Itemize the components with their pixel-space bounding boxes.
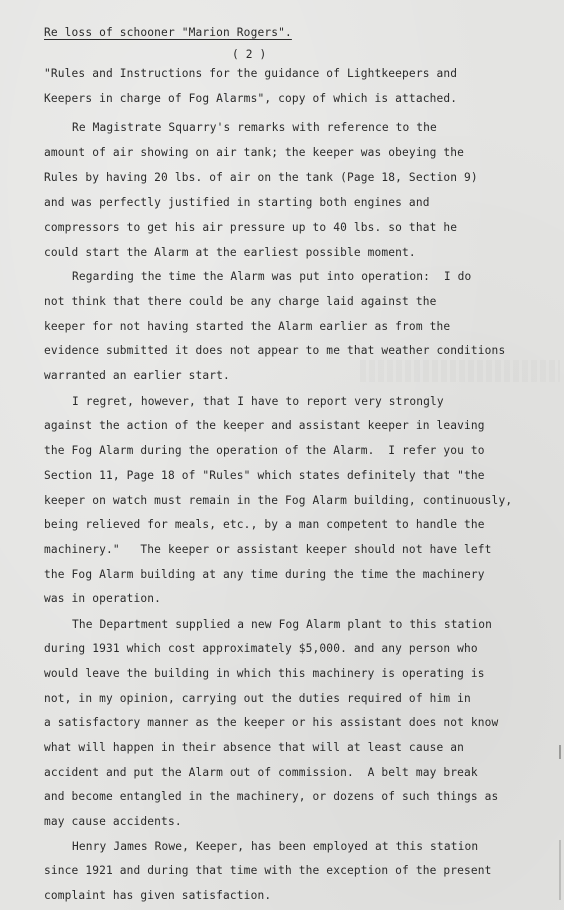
scanned-letter-page: Re loss of schooner "Marion Rogers". ( 2… (0, 0, 564, 910)
text-line: amount of air showing on air tank; the k… (44, 146, 464, 160)
text-line: being relieved for meals, etc., by a man… (44, 518, 485, 532)
text-line: keeper on watch must remain in the Fog A… (44, 494, 512, 508)
text-line: during 1931 which cost approximately $5,… (44, 642, 478, 656)
text-line: Keepers in charge of Fog Alarms", copy o… (44, 92, 457, 106)
text-line: the Fog Alarm building at any time durin… (44, 568, 485, 582)
text-line: and was perfectly justified in starting … (44, 196, 430, 210)
text-line: since 1921 and during that time with the… (44, 864, 492, 878)
text-line: not, in my opinion, carrying out the dut… (44, 692, 471, 706)
paragraph-first-line: Re Magistrate Squarry's remarks with ref… (72, 121, 437, 135)
text-line: "Rules and Instructions for the guidance… (44, 67, 457, 81)
text-line: was in operation. (44, 592, 161, 606)
text-line: could start the Alarm at the earliest po… (44, 246, 416, 260)
paragraph-first-line: Regarding the time the Alarm was put int… (72, 270, 471, 284)
text-line: against the action of the keeper and ass… (44, 419, 485, 433)
text-line: not think that there could be any charge… (44, 295, 436, 309)
text-line: complaint has given satisfaction. (44, 889, 271, 903)
text-line: machinery." The keeper or assistant keep… (44, 543, 492, 557)
paragraph-first-line: Henry James Rowe, Keeper, has been emplo… (72, 840, 478, 854)
text-line: would leave the building in which this m… (44, 667, 485, 681)
text-line: accident and put the Alarm out of commis… (44, 766, 478, 780)
text-line: compressors to get his air pressure up t… (44, 221, 457, 235)
page-edge-mark (559, 745, 561, 759)
text-line: what will happen in their absence that w… (44, 741, 464, 755)
text-line: may cause accidents. (44, 815, 182, 829)
text-line: and become entangled in the machinery, o… (44, 790, 498, 804)
text-line: Rules by having 20 lbs. of air on the ta… (44, 171, 478, 185)
paragraph-first-line: I regret, however, that I have to report… (72, 395, 444, 409)
page-edge-mark (559, 840, 561, 900)
text-line: Section 11, Page 18 of "Rules" which sta… (44, 469, 485, 483)
text-line: evidence submitted it does not appear to… (44, 344, 505, 358)
text-line: a satisfactory manner as the keeper or h… (44, 716, 498, 730)
text-line: the Fog Alarm during the operation of th… (44, 444, 485, 458)
paragraph-first-line: The Department supplied a new Fog Alarm … (72, 618, 492, 632)
text-line: keeper for not having started the Alarm … (44, 320, 450, 334)
document-heading: Re loss of schooner "Marion Rogers". (44, 26, 292, 40)
page-number: ( 2 ) (232, 48, 266, 62)
bleed-through-text (360, 360, 560, 382)
text-line: warranted an earlier start. (44, 369, 230, 383)
